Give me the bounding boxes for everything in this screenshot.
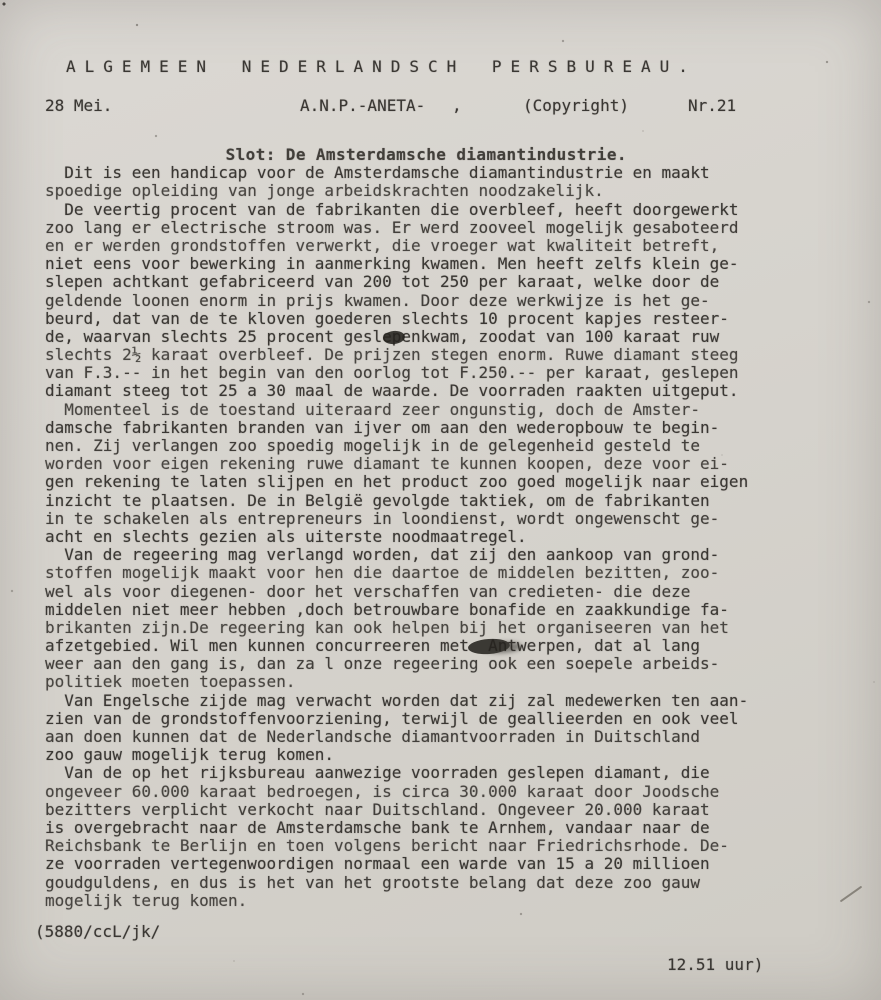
text-line: is overgebracht naar de Amsterdamsche ba… xyxy=(45,819,748,837)
text-line: worden voor eigen rekening ruwe diamant … xyxy=(45,455,748,473)
text-line: slechts 2½ karaat overbleef. De prijzen … xyxy=(45,346,748,364)
scanned-document-page: ALGEMEEN NEDERLANDSCH PERSBUREAU. 28 Mei… xyxy=(0,0,881,1000)
document-body: Slot: De Amsterdamsche diamantindustrie.… xyxy=(45,146,748,910)
agency-name: ALGEMEEN NEDERLANDSCH PERSBUREAU. xyxy=(66,57,697,76)
text-line: weer aan den gang is, dan za l onze rege… xyxy=(45,655,748,673)
text-line: beurd, dat van de te kloven goederen sle… xyxy=(45,310,748,328)
text-line: spoedige opleiding van jonge arbeidskrac… xyxy=(45,182,748,200)
text-line: diamant steeg tot 25 a 30 maal de waarde… xyxy=(45,382,748,400)
text-line: brikanten zijn.De regeering kan ook help… xyxy=(45,619,748,637)
text-line: acht en slechts gezien als uiterste nood… xyxy=(45,528,748,546)
masthead: A.N.P.-ANETA- xyxy=(300,96,425,115)
text-line: afzetgebied. Wil men kunnen concurreeren… xyxy=(45,637,748,655)
text-line: slepen achtkant gefabriceerd van 200 tot… xyxy=(45,273,748,291)
text-line: ze voorraden vertegenwoordigen normaal e… xyxy=(45,855,748,873)
text-line: Van Engelsche zijde mag verwacht worden … xyxy=(45,692,748,710)
text-line: stoffen mogelijk maakt voor hen die daar… xyxy=(45,564,748,582)
copyright-notice: (Copyright) xyxy=(523,96,629,115)
text-line: Dit is een handicap voor de Amsterdamsch… xyxy=(45,164,748,182)
text-line: nen. Zij verlangen zoo spoedig mogelijk … xyxy=(45,437,748,455)
document-title: Slot: De Amsterdamsche diamantindustrie. xyxy=(45,146,748,164)
text-line: gen rekening te laten slijpen en het pro… xyxy=(45,473,748,491)
text-line: geldende loonen enorm in prijs kwamen. D… xyxy=(45,292,748,310)
text-line: zoo lang er electrische stroom was. Er w… xyxy=(45,219,748,237)
text-line: inzicht te plaatsen. De in België gevolg… xyxy=(45,492,748,510)
text-line: Van de op het rijksbureau aanwezige voor… xyxy=(45,764,748,782)
text-line: politiek moeten toepassen. xyxy=(45,673,748,691)
text-line: goudguldens, en dus is het van het groot… xyxy=(45,874,748,892)
text-line: Van de regeering mag verlangd worden, da… xyxy=(45,546,748,564)
text-line: zien van de grondstoffenvoorziening, ter… xyxy=(45,710,748,728)
document-date: 28 Mei. xyxy=(45,96,112,115)
text-line: en er werden grondstoffen verwerkt, die … xyxy=(45,237,748,255)
text-line: middelen niet meer hebben ,doch betrouwb… xyxy=(45,601,748,619)
text-line: damsche fabrikanten branden van ijver om… xyxy=(45,419,748,437)
scratch-mark xyxy=(840,886,862,903)
text-line: niet eens voor bewerking in aanmerking k… xyxy=(45,255,748,273)
text-line: aan doen kunnen dat de Nederlandsche dia… xyxy=(45,728,748,746)
reference-code: (5880/ccL/jk/ xyxy=(35,922,160,941)
text-line: van F.3.-- in het begin van den oorlog t… xyxy=(45,364,748,382)
text-line: in te schakelen als entrepreneurs in loo… xyxy=(45,510,748,528)
text-line: De veertig procent van de fabrikanten di… xyxy=(45,201,748,219)
text-line: Reichsbank te Berlijn en toen volgens be… xyxy=(45,837,748,855)
timestamp: 12.51 uur) xyxy=(667,955,763,974)
separator-mark: , xyxy=(452,96,462,115)
text-line: zoo gauw mogelijk terug komen. xyxy=(45,746,748,764)
text-line: Momenteel is de toestand uiteraard zeer … xyxy=(45,401,748,419)
text-line: wel als voor diegenen- door het verschaf… xyxy=(45,583,748,601)
text-line: mogelijk terug komen. xyxy=(45,892,748,910)
issue-number: Nr.21 xyxy=(688,96,736,115)
text-line: ongeveer 60.000 karaat bedroegen, is cir… xyxy=(45,783,748,801)
text-line: bezitters verplicht verkocht naar Duitsc… xyxy=(45,801,748,819)
